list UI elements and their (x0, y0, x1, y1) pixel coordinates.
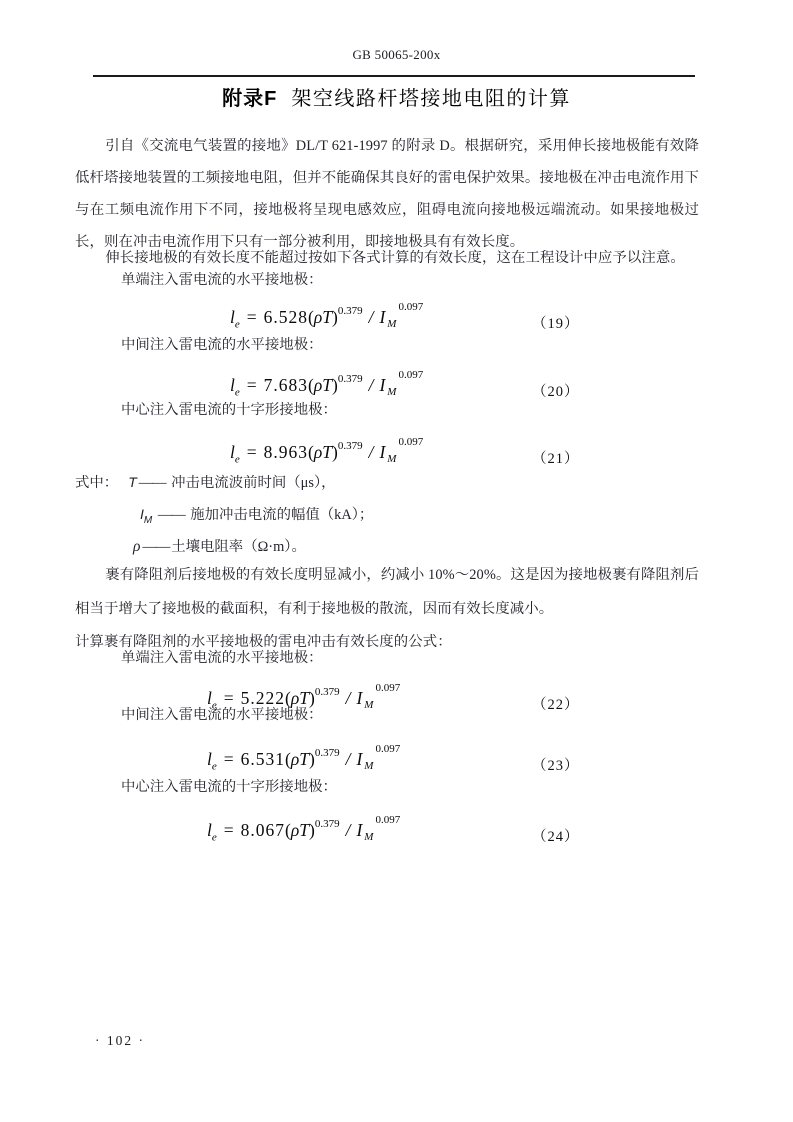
equals-sign: = (247, 375, 257, 395)
equation-23: le=6.531(ρT)0.379/IM0.097 (207, 742, 400, 779)
sub-m: M (387, 453, 396, 465)
legend-desc-im: 施加冲击电流的幅值（kA）； (190, 507, 373, 523)
var-rho-t: ρT (314, 307, 332, 327)
coefficient: 8.963 (264, 442, 308, 462)
formula-intro-23: 中间注入雷电流的水平接地极： (121, 707, 681, 723)
close-paren: ) (309, 820, 315, 840)
exponent: 0.379 (338, 305, 363, 317)
equation-number-20: （20） (532, 380, 580, 401)
equation-number-21: （21） (532, 447, 580, 468)
divide-sign: / (346, 749, 351, 769)
sub-m: M (364, 831, 373, 843)
symbol-im: IM (140, 506, 152, 522)
var-current: I (379, 375, 385, 395)
exponent: 0.379 (315, 818, 340, 830)
var-rho-t: ρT (314, 375, 332, 395)
appendix-title-text: 架空线路杆塔接地电阻的计算 (291, 88, 571, 110)
sub-e: e (235, 453, 240, 465)
legend-dash: —— (139, 475, 166, 491)
exponent-current: 0.097 (375, 743, 400, 755)
legend-dash: —— (158, 507, 185, 523)
var-rho-t: ρT (314, 442, 332, 462)
equals-sign: = (224, 749, 234, 769)
equation-20: le=7.683(ρT)0.379/IM0.097 (230, 368, 423, 405)
formula-row-23: le=6.531(ρT)0.379/IM0.097 （23） (75, 742, 715, 784)
legend-line-t: 式中：T—— 冲击电流波前时间（μs）， (75, 474, 336, 492)
symbol-rho: ρ (133, 538, 140, 555)
divide-sign: / (369, 375, 374, 395)
divide-sign: / (346, 820, 351, 840)
formula-intro-20: 中间注入雷电流的水平接地极： (121, 337, 681, 353)
equation-19: le=6.528(ρT)0.379/IM0.097 (230, 300, 423, 337)
var-current: I (379, 307, 385, 327)
document-page: GB 50065-200x 附录F架空线路杆塔接地电阻的计算 引自《交流电气装置… (0, 0, 793, 1122)
coefficient: 8.067 (241, 820, 285, 840)
var-current: I (356, 820, 362, 840)
divide-sign: / (369, 307, 374, 327)
formula-row-24: le=8.067(ρT)0.379/IM0.097 （24） (75, 813, 715, 855)
divide-sign: / (346, 688, 351, 708)
formula-row-21: le=8.963(ρT)0.379/IM0.097 （21） (75, 435, 715, 477)
equation-21: le=8.963(ρT)0.379/IM0.097 (230, 435, 423, 472)
exponent: 0.379 (338, 373, 363, 385)
close-paren: ) (332, 375, 338, 395)
symbol-i-sub-m: M (144, 515, 152, 526)
paragraph-reducing-agent: 裹有降阻剂后接地极的有效长度明显减小，约减小 10%～20%。这是因为接地极裹有… (75, 558, 699, 626)
close-paren: ) (332, 442, 338, 462)
legend-line-im: IM —— 施加冲击电流的幅值（kA）； (140, 506, 373, 529)
formula-intro-24: 中心注入雷电流的十字形接地极： (121, 779, 681, 795)
close-paren: ) (332, 307, 338, 327)
sub-e: e (235, 318, 240, 330)
header-rule (93, 75, 695, 77)
exponent-current: 0.097 (398, 369, 423, 381)
var-rho-t: ρT (291, 820, 309, 840)
appendix-title: 附录F架空线路杆塔接地电阻的计算 (0, 85, 793, 113)
equals-sign: = (247, 307, 257, 327)
exponent: 0.379 (315, 747, 340, 759)
equation-24: le=8.067(ρT)0.379/IM0.097 (207, 813, 400, 850)
legend-label: 式中： (75, 475, 118, 491)
coefficient: 5.222 (241, 688, 285, 708)
sub-e: e (235, 386, 240, 398)
header-doc-code: GB 50065-200x (0, 47, 793, 63)
exponent-current: 0.097 (375, 682, 400, 694)
var-rho-t: ρT (291, 749, 309, 769)
exponent: 0.379 (315, 686, 340, 698)
formula-row-19: le=6.528(ρT)0.379/IM0.097 （19） (75, 300, 715, 342)
formula-intro-19: 单端注入雷电流的水平接地极： (121, 272, 681, 288)
close-paren: ) (309, 688, 315, 708)
equals-sign: = (224, 820, 234, 840)
appendix-title-prefix: 附录F (222, 88, 277, 110)
sub-m: M (387, 318, 396, 330)
legend-desc-t: 冲击电流波前时间（μs）， (171, 475, 335, 491)
exponent-current: 0.097 (375, 814, 400, 826)
equals-sign: = (224, 688, 234, 708)
formula-intro-21: 中心注入雷电流的十字形接地极： (121, 402, 681, 418)
legend-line-rho: ρ——土壤电阻率（Ω·m）。 (133, 538, 306, 556)
equation-number-19: （19） (532, 312, 580, 333)
var-current: I (379, 442, 385, 462)
equation-number-24: （24） (532, 825, 580, 846)
exponent-current: 0.097 (398, 436, 423, 448)
paragraph-effective-length: 伸长接地极的有效长度不能超过按如下各式计算的有效长度，这在工程设计中应予以注意。 (75, 242, 699, 274)
legend-desc-rho: 土壤电阻率（Ω·m）。 (171, 539, 306, 555)
var-current: I (356, 688, 362, 708)
divide-sign: / (369, 442, 374, 462)
equation-number-23: （23） (532, 754, 580, 775)
sub-m: M (364, 760, 373, 772)
symbol-t: T (128, 474, 137, 490)
coefficient: 6.528 (264, 307, 308, 327)
coefficient: 6.531 (241, 749, 285, 769)
page-number: · 102 · (95, 1033, 145, 1049)
legend-dash: —— (142, 539, 169, 555)
sub-e: e (212, 831, 217, 843)
sub-e: e (212, 760, 217, 772)
equals-sign: = (247, 442, 257, 462)
close-paren: ) (309, 749, 315, 769)
paragraph-introduction: 引自《交流电气装置的接地》DL/T 621-1997 的附录 D。根据研究，采用… (75, 130, 699, 258)
formula-intro-22: 单端注入雷电流的水平接地极： (121, 650, 681, 666)
exponent: 0.379 (338, 440, 363, 452)
coefficient: 7.683 (264, 375, 308, 395)
sub-m: M (387, 386, 396, 398)
exponent-current: 0.097 (398, 301, 423, 313)
var-current: I (356, 749, 362, 769)
var-rho-t: ρT (291, 688, 309, 708)
